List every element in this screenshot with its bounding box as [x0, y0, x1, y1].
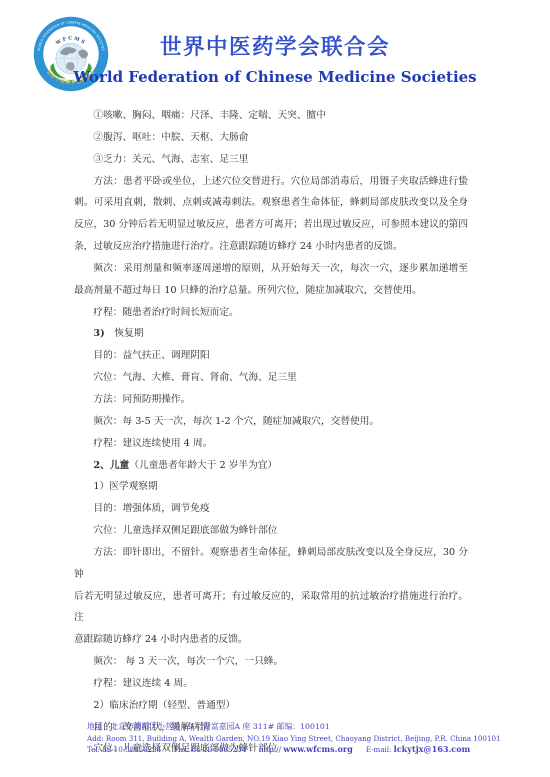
doc-line: 方法：同预防期操作。 [74, 389, 468, 411]
tel-number: Tel: 86-10-58650234 [87, 745, 161, 754]
email-address: lckytjx@163.com [394, 744, 471, 754]
doc-line: 穴位：气海、大椎、膏肓、肾俞、气海、足三里 [74, 367, 468, 389]
document-page: WORLD FEDERATION OF CHINESE MEDICINE SOC… [0, 0, 550, 777]
doc-line: 目的：益气扶正、调理阴阳 [74, 345, 468, 367]
doc-line: 后若无明显过敏反应，患者可离开；有过敏反应的，采取常用的抗过敏治疗措施进行治疗。… [74, 586, 468, 630]
doc-line: 穴位：儿童选择双侧足跟底部做为蜂针部位 [74, 520, 468, 542]
doc-line: 目的：增强体质，调节免疫 [74, 498, 468, 520]
address-en: Add: Room 311, Building A, Wealth Garden… [87, 733, 501, 745]
doc-line: 频次：采用剂量和频率逐周递增的原则，从开始每天一次，每次一穴，逐步累加递增至 [74, 258, 468, 280]
page-footer: 地址：北京市朝阳区小营路 19 号财富嘉园A 座 311# 邮编：100101 … [87, 721, 501, 756]
website: http:// www.wfcms.org [259, 745, 353, 754]
doc-line: 2、儿童（儿童患者年龄大于 2 岁半为宜） [74, 455, 468, 477]
email: E-mail: lckytjx@163.com [366, 745, 470, 754]
website-url: www.wfcms.org [283, 744, 353, 754]
doc-line: 2）临床治疗期（轻型、普通型） [74, 695, 468, 717]
doc-line: 疗程：建议连续使用 4 周。 [74, 433, 468, 455]
list-number: 3) [93, 328, 104, 339]
doc-line: ②腹泻、呕吐：中脘、天枢、大肠俞 [74, 127, 468, 149]
section-heading: 2、儿童 [93, 460, 129, 471]
document-body: ①咳嗽、胸闷、咽痛：尺泽、丰隆、定喘、天突、膻中 ②腹泻、呕吐：中脘、天枢、大肠… [74, 105, 468, 760]
doc-line: 反应，30 分钟后若无明显过敏反应，患者方可离开；若出现过敏反应，可参照本建议的… [74, 214, 468, 236]
doc-line: ①咳嗽、胸闷、咽痛：尺泽、丰隆、定喘、天突、膻中 [74, 105, 468, 127]
doc-line: 最高剂量不超过每日 10 只蜂的治疗总量。所列穴位，随症加减取穴，交替使用。 [74, 280, 468, 302]
doc-line: 1）医学观察期 [74, 476, 468, 498]
doc-line: 频次：每 3-5 天一次，每次 1-2 个穴，随症加减取穴，交替使用。 [74, 411, 468, 433]
doc-line: 3) 恢复期 [74, 323, 468, 345]
doc-line: 疗程：建议连续 4 周。 [74, 673, 468, 695]
header: 世界中医药学会联合会 World Federation of Chinese M… [0, 33, 550, 87]
org-name-cn: 世界中医药学会联合会 [0, 33, 550, 63]
doc-line: 疗程：随患者治疗时间长短而定。 [74, 302, 468, 324]
org-name-en: World Federation of Chinese Medicine Soc… [0, 68, 550, 87]
contact-line: Tel: 86-10-58650234Fax: 86-10-5865234htt… [87, 744, 501, 756]
fax-number: Fax: 86-10-5865234 [174, 745, 246, 754]
doc-line: ③乏力：关元、气海、志室、足三里 [74, 149, 468, 171]
doc-line: 频次： 每 3 天一次，每次一个穴，一只蜂。 [74, 651, 468, 673]
doc-line: 方法：即针即出，不留针。观察患者生命体征，蜂刺局部皮肤改变以及全身反应，30 分… [74, 542, 468, 586]
doc-line: 刺。可采用直刺，散刺、点刺或减毒刺法。观察患者生命体征，蜂刺局部皮肤改变以及全身 [74, 192, 468, 214]
address-cn: 地址：北京市朝阳区小营路 19 号财富嘉园A 座 311# 邮编：100101 [87, 721, 501, 733]
doc-line: 条，过敏反应治疗措施进行治疗。注意跟踪随访蜂疗 24 小时内患者的反馈。 [74, 236, 468, 258]
doc-line: 方法：患者平卧或坐位，上述穴位交替进行。穴位局部消毒后，用镊子夹取活蜂进行蛰 [74, 171, 468, 193]
doc-line: 意跟踪随访蜂疗 24 小时内患者的反馈。 [74, 629, 468, 651]
